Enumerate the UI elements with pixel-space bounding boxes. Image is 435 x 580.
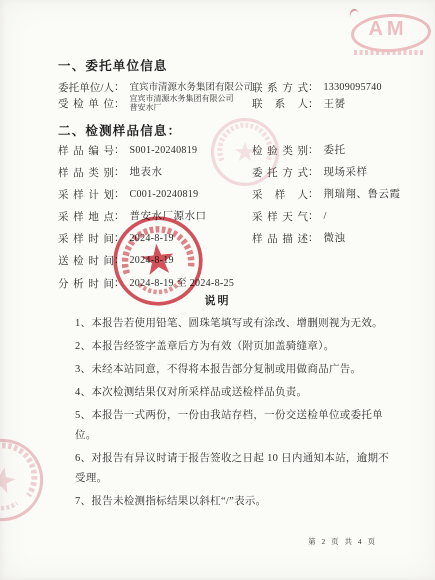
note-item: 3、未经本站同意，不得将本报告部分复制或用做商品广告。 (75, 360, 393, 380)
sample-row: 采样计划：C001-20240819 采样人：荆瑞翔、鲁云霞 (58, 186, 400, 202)
note-item: 1、本报告若使用铅笔、圆珠笔填写或有涂改、增删则视为无效。 (75, 314, 393, 334)
row-label: 分析时间 (58, 276, 114, 291)
row-label: 送检时间 (58, 253, 114, 268)
document-page: 一、委托单位信息 委托单位/人：宜宾市清源水务集团有限公司 联系方式：13309… (0, 0, 435, 580)
inspected-label: 受检单位 (58, 96, 114, 111)
inspected-value-line2: 普安水厂 (130, 103, 162, 112)
inspected-value-line1: 宜宾市清源水务集团有限公司 (130, 94, 234, 103)
contact-person-label: 联系人 (252, 96, 308, 111)
row-label: 采样人 (252, 187, 308, 202)
sample-row: 采样地点：普安水厂源水口 采样天气：/ (58, 208, 400, 224)
page-number: 第 2 页 共 4 页 (308, 536, 377, 547)
row-label: 委托方式 (252, 165, 308, 180)
colon: ： (114, 145, 125, 156)
ink-smudge (348, 8, 361, 21)
row-value: 2024-8-19 (130, 233, 174, 244)
colon: ： (114, 189, 125, 200)
colon: ： (308, 233, 319, 244)
contact-person-value: 王赟 (324, 96, 346, 111)
row-value: 普安水厂源水口 (130, 211, 207, 222)
colon: ： (308, 145, 319, 156)
section2-heading: 二、检测样品信息： (58, 121, 181, 139)
cma-oval-border (350, 12, 432, 54)
row-label: 采样地点 (58, 209, 114, 224)
contact-person-cell: 联系人：王赟 (252, 92, 400, 114)
colon: ： (308, 96, 319, 111)
note-item: 6、对报告有异议时请于报告签收之日起 10 日内通知本站，逾期不受理。 (75, 449, 393, 489)
colon: ： (114, 211, 125, 222)
section1-heading: 一、委托单位信息 (58, 56, 168, 74)
seal-star-icon (0, 464, 18, 494)
row-value: 地表水 (130, 167, 163, 178)
row-label: 检验类别 (252, 143, 308, 158)
colon: ： (114, 278, 125, 289)
note-item: 7、报告未检测指标结果以斜杠“/”表示。 (75, 492, 393, 512)
colon: ： (114, 96, 125, 111)
colon: ： (114, 233, 125, 244)
sample-row: 采样时间：2024-8-19 样品描述：微浊 (58, 230, 400, 246)
row-value: 委托 (324, 145, 346, 156)
row-value: 荆瑞翔、鲁云霞 (324, 189, 401, 200)
cma-letters: AM (346, 18, 430, 41)
inspected-cell: 受检单位：宜宾市清源水务集团有限公司普安水厂 (58, 92, 252, 114)
note-item: 2、本报告经签字盖章后方为有效（附页加盖骑缝章）。 (75, 337, 393, 357)
colon: ： (308, 189, 319, 200)
row-label: 采样天气 (252, 209, 308, 224)
row-value: S001-20240819 (130, 145, 198, 156)
row-value: C001-20240819 (130, 189, 199, 200)
row-label: 采样计划 (58, 187, 114, 202)
notes-heading: 说明 (0, 292, 435, 308)
colon: ： (308, 211, 319, 222)
row-label: 样品类别 (58, 165, 114, 180)
colon: ： (308, 167, 319, 178)
row-value: 2024-8-19 (130, 255, 174, 266)
inspected-value: 宜宾市清源水务集团有限公司普安水厂 (130, 94, 234, 113)
sample-row: 送检时间：2024-8-19 (58, 252, 400, 268)
sample-row: 分析时间：2024-8-19 至 2024-8-25 (58, 274, 400, 291)
cma-serial-line (354, 50, 424, 55)
row-value: 现场采样 (324, 167, 368, 178)
note-item: 5、本报告一式两份，一份由我站存档，一份交送检单位或委托单位。 (75, 406, 393, 446)
colon: ： (114, 255, 125, 266)
partial-seal-stamp (0, 428, 54, 532)
colon: ： (114, 167, 125, 178)
notes-list: 1、本报告若使用铅笔、圆珠笔填写或有涂改、增删则视为无效。 2、本报告经签字盖章… (75, 314, 393, 515)
row-label: 样品描述 (252, 231, 308, 246)
sample-row: 样品编号：S001-20240819 检验类别：委托 (58, 142, 400, 158)
row-label: 采样时间 (58, 231, 114, 246)
row-value: 微浊 (324, 233, 346, 244)
row-value: / (324, 211, 327, 222)
note-item: 4、本次检测结果仅对所采样品或送检样品负责。 (75, 383, 393, 403)
inspected-row: 受检单位：宜宾市清源水务集团有限公司普安水厂 联系人：王赟 (58, 92, 400, 114)
row-label: 样品编号 (58, 143, 114, 158)
sample-row: 样品类别：地表水 委托方式：现场采样 (58, 164, 400, 180)
row-value: 2024-8-19 至 2024-8-25 (130, 278, 235, 289)
cma-stamp: AM (346, 8, 432, 58)
